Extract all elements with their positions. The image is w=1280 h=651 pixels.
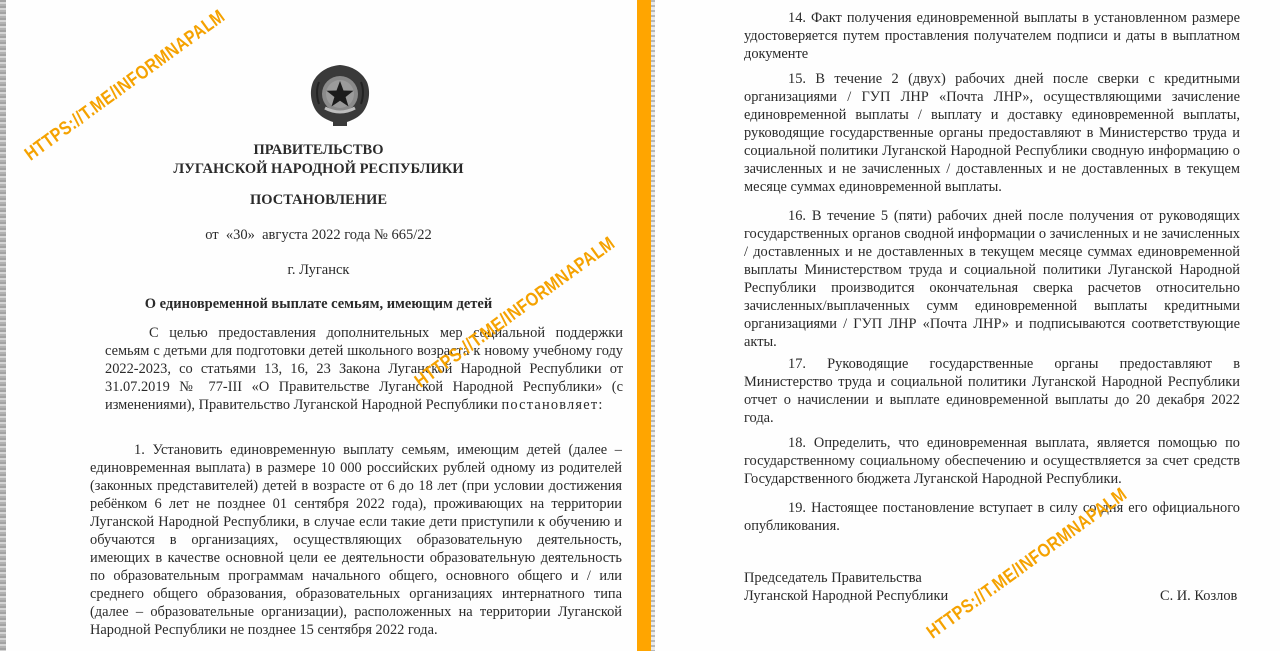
document-date-number: от «30» августа 2022 года № 665/22 [0,227,637,244]
government-title-line-1: ПРАВИТЕЛЬСТВО [0,141,637,160]
signatory-name: С. И. Козлов [1160,587,1237,605]
signatory-title-line-2: Луганской Народной Республики [744,587,948,605]
scan-edge [651,0,655,651]
resolution-item-14: 14. Факт получения единовременной выплат… [744,9,1240,63]
signatory-title-line-1: Председатель Правительства [744,569,948,587]
resolution-item-19: 19. Настоящее постановление вступает в с… [744,499,1240,535]
resolution-item-16-text: 16. В течение 5 (пяти) рабочих дней посл… [744,208,1240,350]
resolution-item-14-text: 14. Факт получения единовременной выплат… [744,10,1240,62]
resolution-item-15-text: 15. В течение 2 (двух) рабочих дней посл… [744,71,1240,195]
page-divider [637,0,651,651]
resolution-item-18: 18. Определить, что единовременная выпла… [744,434,1240,488]
resolution-item-17: 17. Руководящие государственные органы п… [744,355,1240,427]
preamble-resolves: постановляет: [501,397,603,413]
document-type: ПОСТАНОВЛЕНИЕ [0,192,637,209]
resolution-item-1-text: 1. Установить единовременную выплату сем… [90,442,622,638]
scan-edge [0,0,6,651]
resolution-item-19-text: 19. Настоящее постановление вступает в с… [744,500,1240,534]
resolution-item-16: 16. В течение 5 (пяти) рабочих дней посл… [744,207,1240,351]
resolution-item-17-text: 17. Руководящие государственные органы п… [744,356,1240,426]
resolution-item-1: 1. Установить единовременную выплату сем… [90,441,622,639]
resolution-item-15: 15. В течение 2 (двух) рабочих дней посл… [744,70,1240,196]
resolution-item-18-text: 18. Определить, что единовременная выпла… [744,435,1240,487]
star-emblem-icon [307,62,373,128]
document-place: г. Луганск [0,262,637,279]
government-title: ПРАВИТЕЛЬСТВО ЛУГАНСКОЙ НАРОДНОЙ РЕСПУБЛ… [0,141,637,179]
signatory-title: Председатель Правительства Луганской Нар… [744,569,948,605]
government-title-line-2: ЛУГАНСКОЙ НАРОДНОЙ РЕСПУБЛИКИ [0,160,637,179]
preamble-paragraph: С целью предоставления дополнительных ме… [105,324,623,414]
